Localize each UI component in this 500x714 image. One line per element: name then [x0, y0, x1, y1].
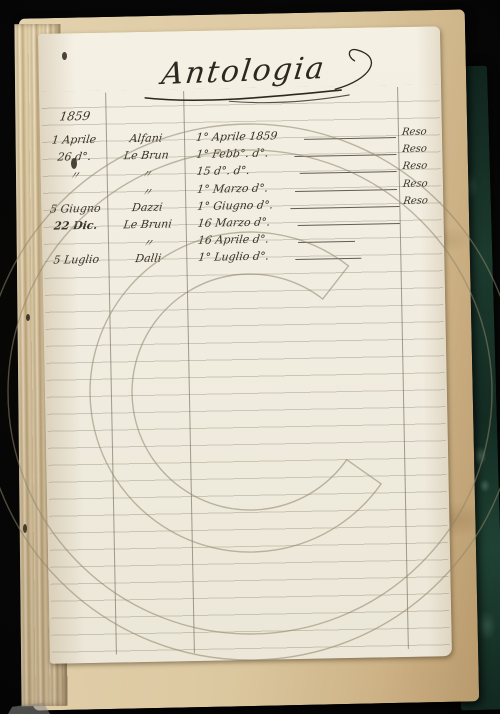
loan-date: 5 Luglio	[46, 253, 108, 267]
issue-date: 15 d°. d°.	[196, 161, 388, 178]
return-note: Reso	[402, 143, 441, 155]
ink-speck	[71, 158, 77, 169]
issue-date: 1° Aprile 1859	[195, 127, 387, 144]
issue-date: 16 Aprile d°.	[197, 230, 389, 247]
person-name-ditto: 〃	[110, 165, 184, 182]
ink-speck	[26, 314, 30, 321]
return-note: Reso	[402, 160, 441, 172]
issue-date: 1° Luglio d°.	[198, 247, 390, 264]
loan-date: 5 Giugno	[45, 202, 107, 216]
ink-speck	[23, 524, 27, 533]
manuscript-page: Antologia 1859 1 Aprile Alfani 1° Aprile…	[38, 26, 452, 664]
return-note	[404, 246, 442, 247]
person-name-ditto: 〃	[110, 183, 184, 200]
photo-of-ledger-page: Antologia 1859 1 Aprile Alfani 1° Aprile…	[0, 0, 500, 714]
loan-date: 22 Dic.	[45, 219, 107, 233]
loan-date: 1 Aprile	[43, 133, 105, 147]
loan-date-ditto: 〃	[44, 167, 106, 184]
return-note	[404, 229, 442, 230]
person-name: Le Brun	[110, 148, 184, 162]
issue-date: 16 Marzo d°.	[197, 213, 389, 230]
person-name: Dazzi	[111, 200, 185, 214]
return-note: Reso	[401, 126, 440, 138]
loan-date	[46, 236, 106, 237]
return-note: Reso	[402, 178, 441, 190]
return-note: Reso	[403, 195, 442, 207]
person-name: Dalli	[112, 251, 186, 265]
issue-date: 1° Febb°. d°.	[196, 144, 388, 161]
person-name: Alfani	[109, 131, 183, 145]
loan-date	[45, 185, 105, 186]
issue-date: 1° Marzo d°.	[196, 179, 388, 196]
ink-speck	[62, 52, 67, 60]
person-name: Le Bruni	[111, 217, 185, 231]
person-name-ditto: 〃	[111, 234, 185, 251]
year-heading: 1859	[58, 109, 91, 124]
return-note	[403, 212, 441, 213]
issue-date: 1° Giugno d°.	[197, 196, 389, 213]
